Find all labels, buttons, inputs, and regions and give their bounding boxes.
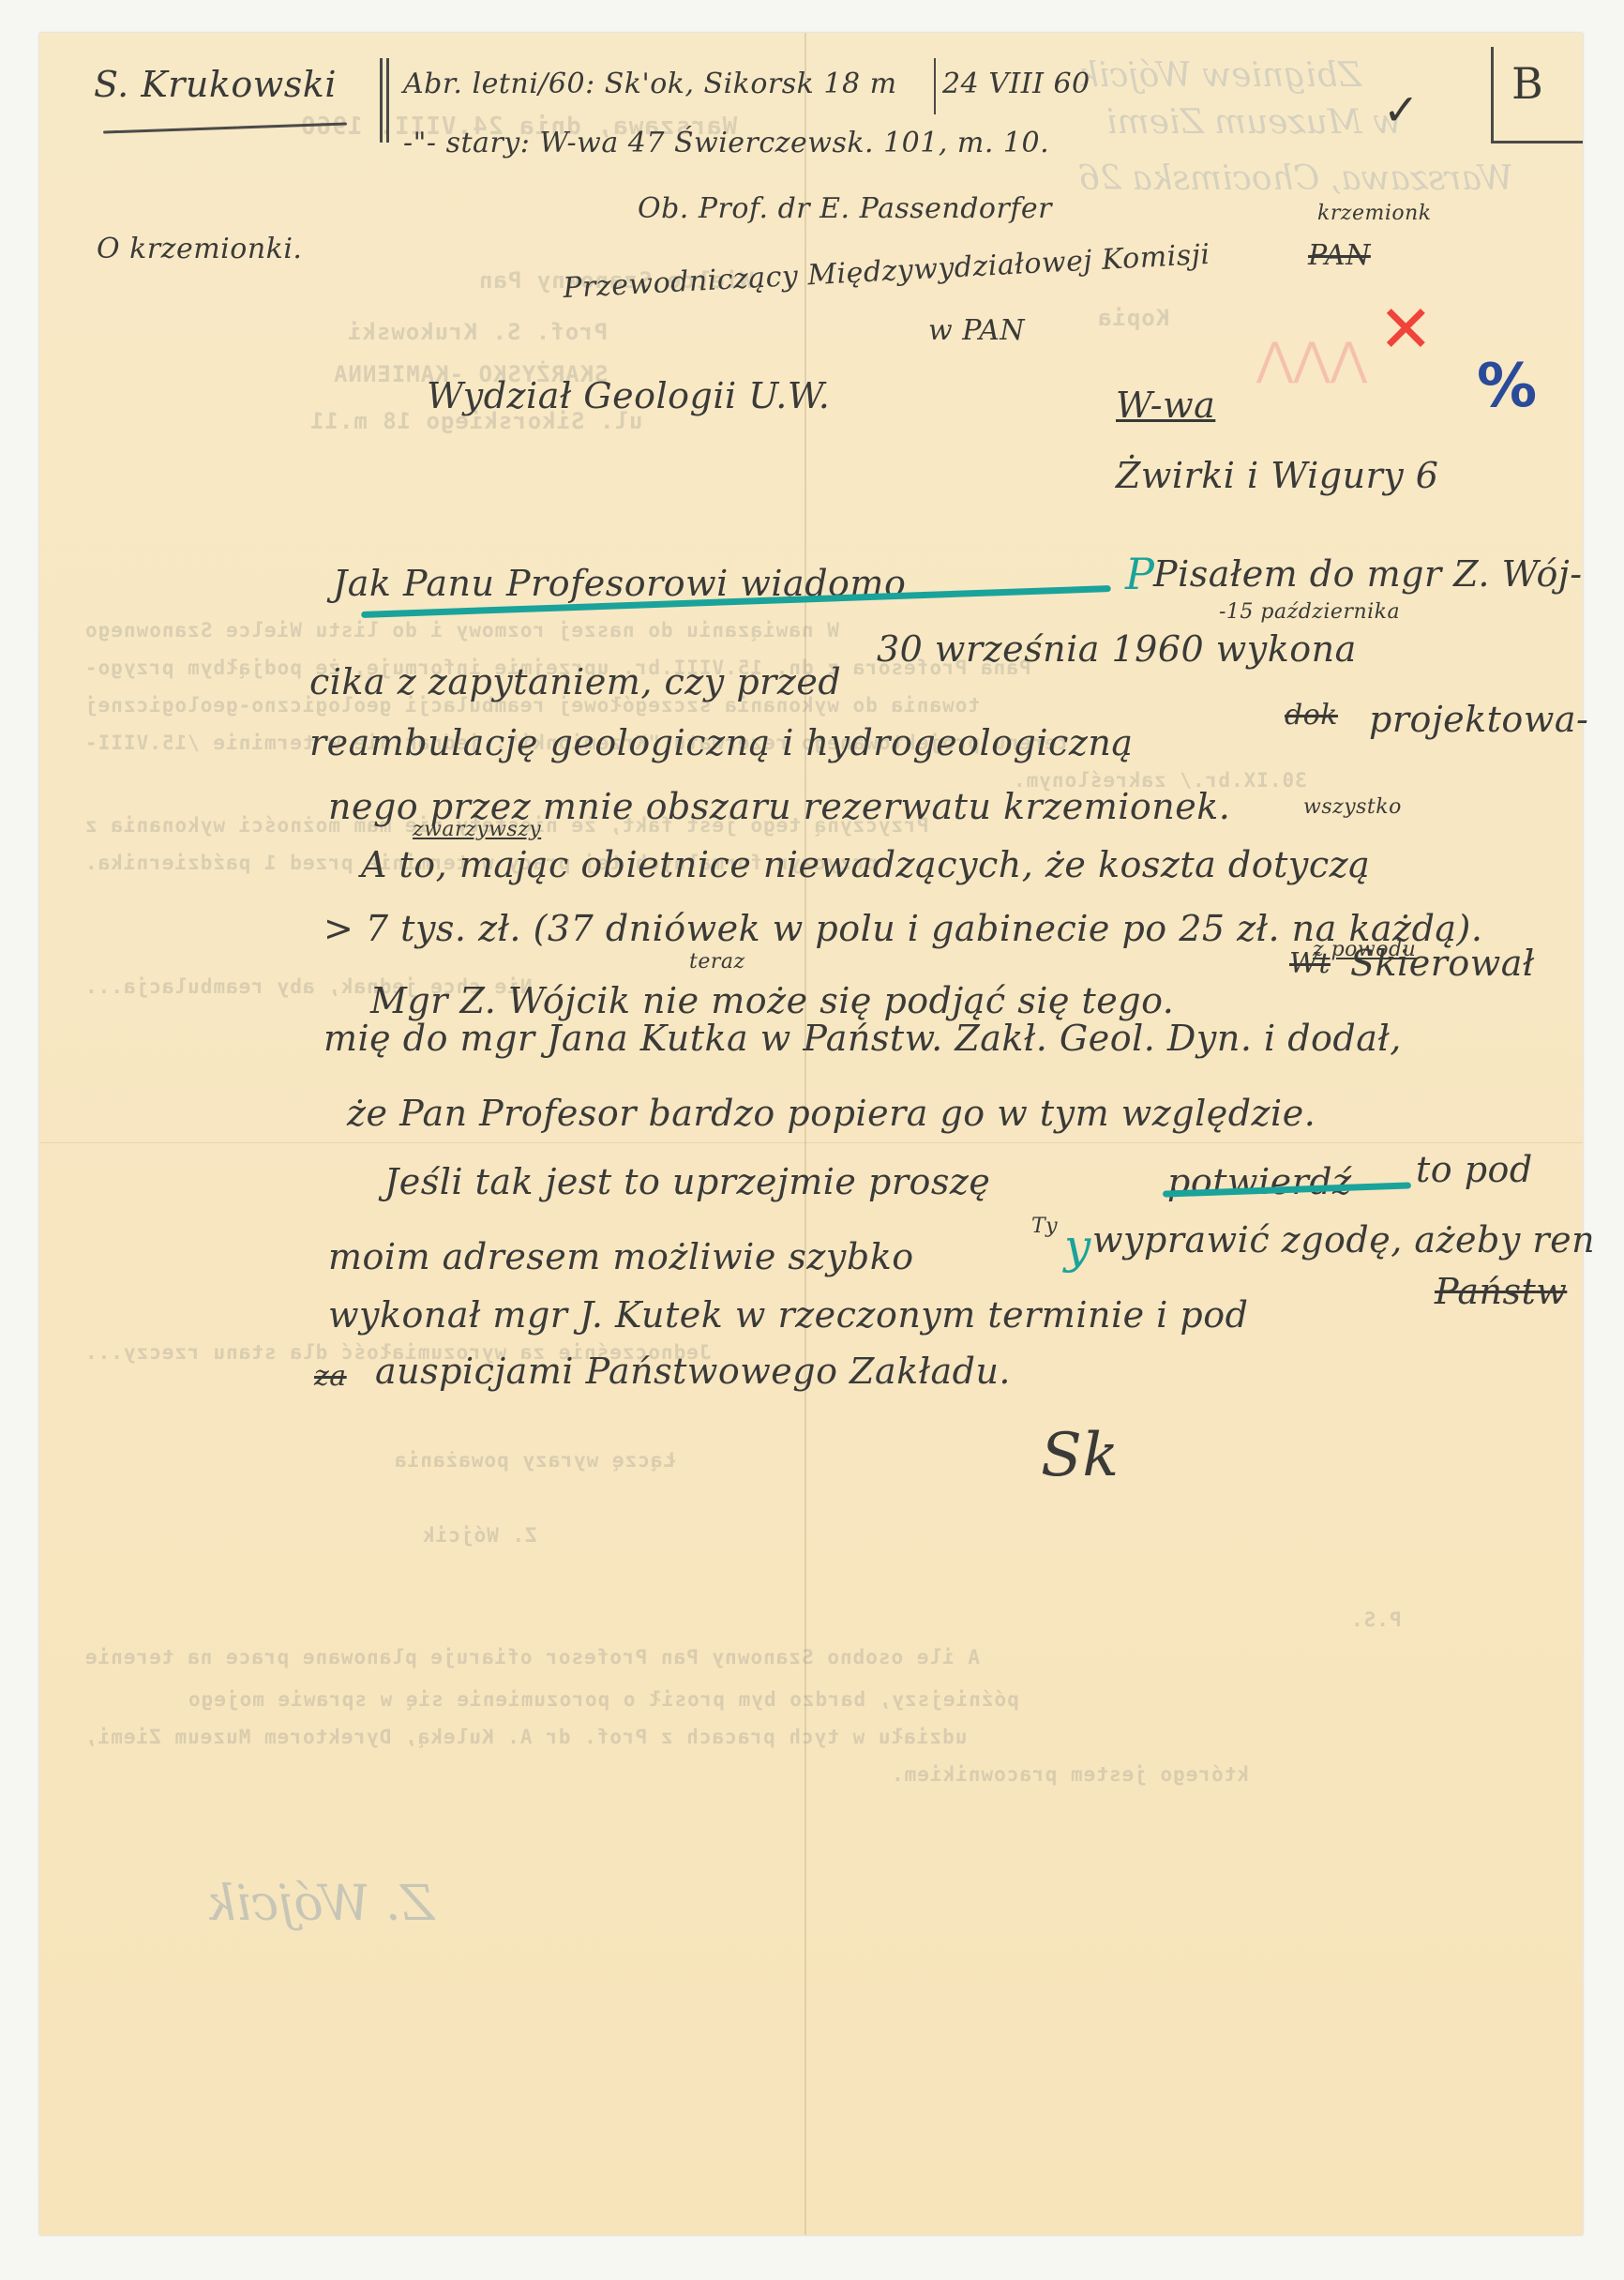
bleed-signature: Z. Wójcik [206,1876,434,1932]
horizontal-fold-line [39,1142,1583,1143]
body-line: auspicjami Państwowego Zakładu. [375,1351,1011,1392]
bleed-typed-line: udziału w tych pracach z Prof. dr A. Kul… [84,1726,967,1748]
body-insert: wszystko [1303,795,1402,819]
bleed-typed-line: Z. Wójcik [422,1524,537,1547]
body-line: Jeśli tak jest to uprzejmie proszę [384,1161,990,1202]
teal-insert-mark: P [1125,549,1154,599]
body-line: to pod [1416,1149,1533,1190]
bleed-handwritten-line: w Muzeum Ziemi [1106,103,1402,142]
body-word-struck: dok [1285,699,1338,732]
bleed-typed-line: którego jestem pracownikiem. [891,1763,1249,1786]
body-line: wykonał mgr J. Kutek w rzeczonym termini… [328,1294,1248,1336]
body-line: że Pan Profesor bardzo popiera go w tym … [347,1093,1316,1134]
bleed-typed-line: A ile osobno Szanowny Pan Profesor ofiar… [84,1646,980,1668]
blue-percent-mark-icon: % [1477,352,1537,421]
body-line: Mgr Z. Wójcik nie może się podjąć się te… [370,980,1174,1021]
body-line: A to, mając obietnice niewadzących, że k… [361,844,1370,885]
vertical-fold-line [804,33,806,2235]
body-line: Skierował [1350,943,1535,984]
teal-insert-mark: y [1064,1219,1090,1274]
body-line: wyprawić zgodę, ażeby ren [1092,1219,1595,1261]
body-insert: Ty [1031,1215,1058,1238]
body-line: projektowa- [1369,699,1588,740]
recipient-street: Żwirki i Wigury 6 [1116,455,1438,496]
body-insert: -15 października [1219,600,1400,624]
sender-name: S. Krukowski [94,64,337,105]
body-line: cika z zapytaniem, czy przed [309,661,841,702]
body-insert: teraz [689,950,745,974]
red-x-icon: ✕ [1378,291,1434,368]
body-line: > 7 tys. zł. (37 dniówek w polu i gabine… [323,908,1482,949]
recipient-title-struck: PAN [1308,239,1371,272]
body-line: mię do mgr Jana Kutka w Państw. Zakł. Ge… [323,1018,1402,1059]
permanent-address: -"- stary: W-wa 47 Świerczewsk. 101, m. … [403,127,1049,159]
body-line: 30 września 1960 wykona [877,628,1357,670]
signature: Sk [1041,1421,1120,1490]
body-word-struck: za [314,1360,347,1393]
bleed-typed-line: W nawiązaniu do naszej rozmowy i do list… [84,619,839,642]
body-insert: zwarzywszy [413,818,541,841]
recipient-department: Wydział Geologii U.W. [427,375,830,416]
letter-date: 24 VIII 60 [942,68,1090,100]
recipient-note: krzemionk [1317,202,1432,225]
bleed-typed-line: Prof. S. Krukowski [347,319,608,345]
bleed-handwritten-line: Warszawa, Chocimska 26 [1078,159,1513,198]
body-line: Pisałem do mgr Z. Wój- [1153,553,1583,595]
bleed-typed-line: późniejszy, bardzo bym prosił o porozumi… [188,1688,1019,1711]
body-word-struck: Państw [1435,1271,1567,1312]
margin-note: O krzemionki. [97,233,302,265]
double-bar-divider [386,58,389,143]
recipient-name: Ob. Prof. dr E. Passendorfer [638,192,1052,225]
recipient-institution: w PAN [928,314,1025,347]
archive-mark-b: B [1511,58,1543,109]
bleed-handwritten-line: Zbigniew Wójcik [1078,56,1361,95]
recipient-city: W-wa [1116,385,1215,426]
body-line: reambulację geologiczną i hydrogeologicz… [309,722,1133,763]
double-bar-divider [380,58,383,143]
body-word-struck: Wt [1289,947,1331,980]
bleed-typed-line: P.S. [1350,1608,1402,1631]
faint-red-zigzag-icon: ⋀⋀⋀ [1256,333,1367,385]
body-line: moim adresem możliwie szybko [328,1236,914,1277]
date-divider [934,58,936,114]
bleed-typed-line: Łączę wyrazy poważania [394,1449,675,1472]
summer-address: Abr. letni/60: Sk'ok, Sikorsk 18 m [403,68,897,100]
bleed-typed-line: Kopia [1097,305,1169,331]
check-mark-icon: ✓ [1383,84,1420,135]
